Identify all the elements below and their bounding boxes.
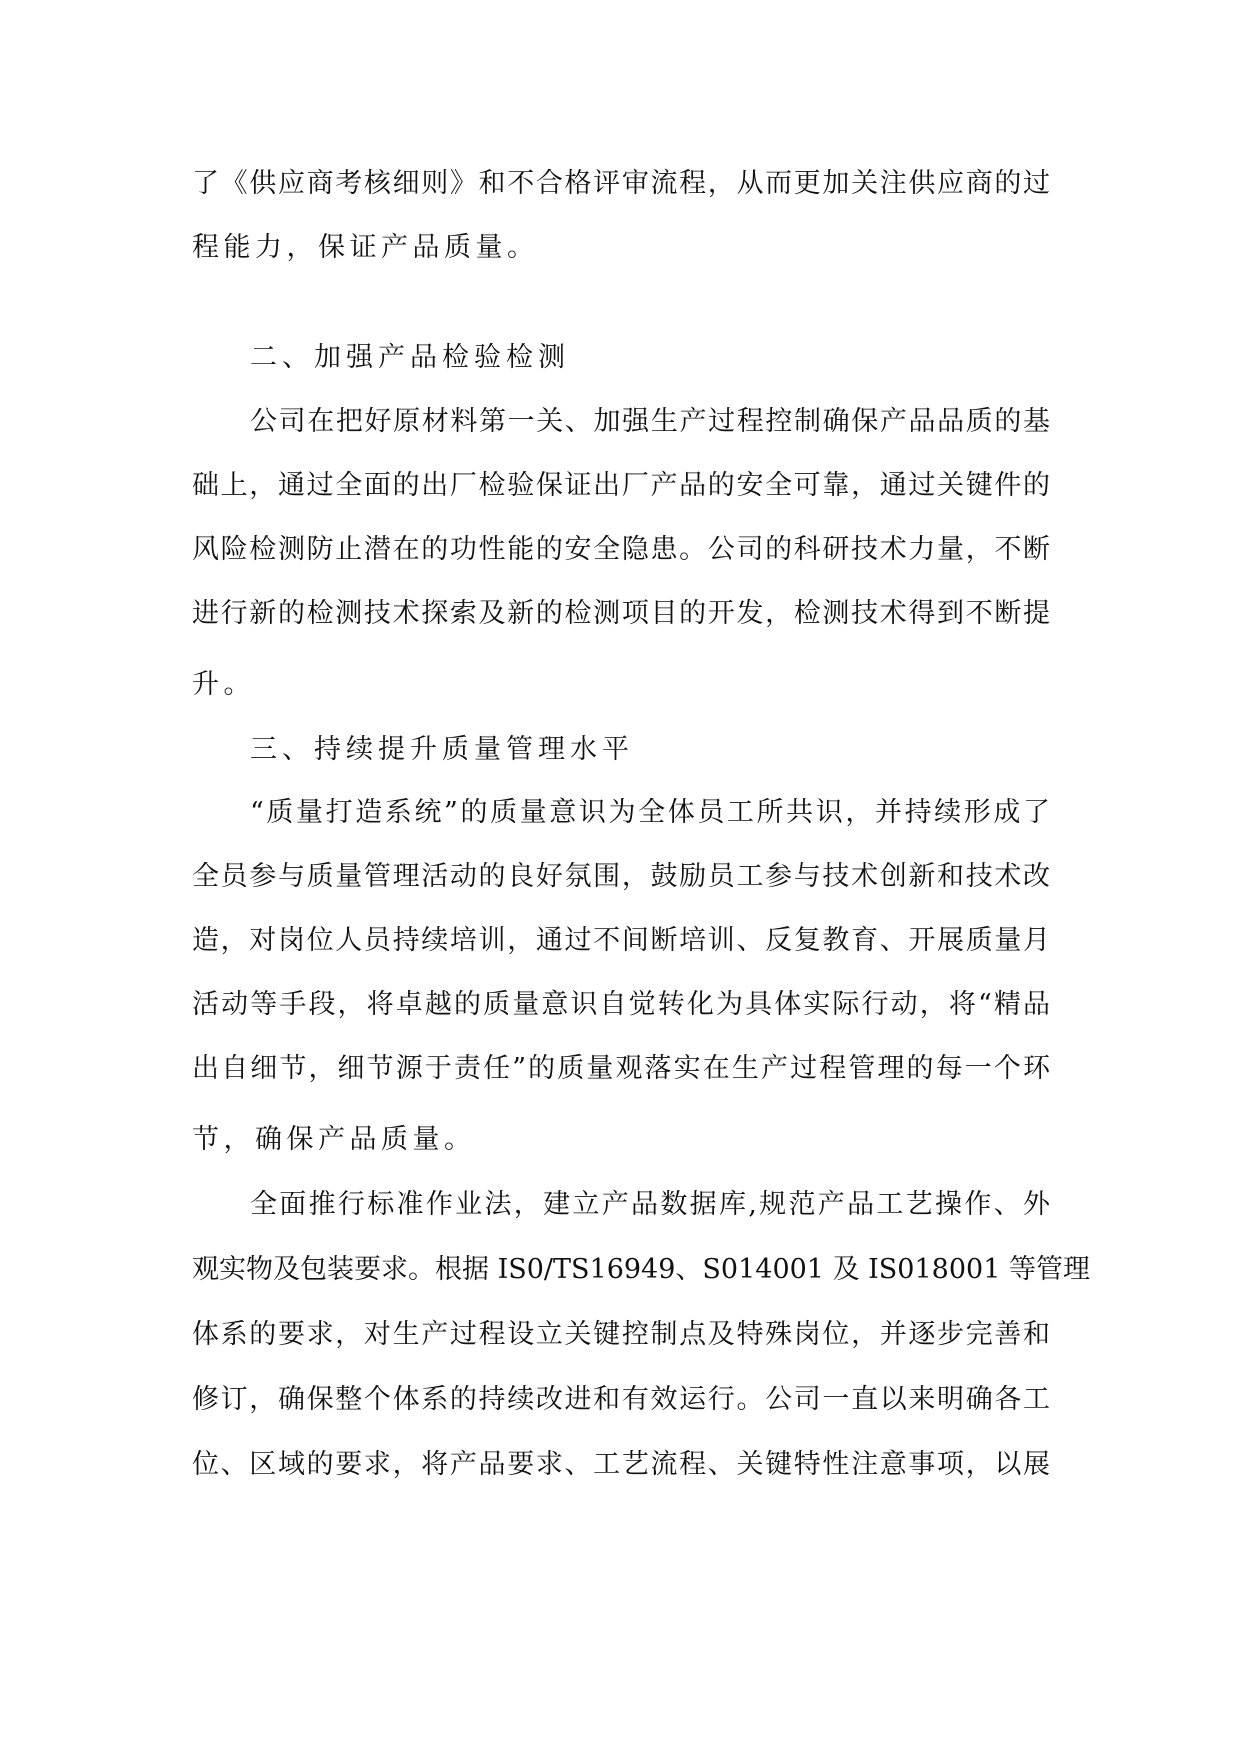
body-text-line: 观实物及包装要求。根据 IS0/TS16949、S014001 及 IS0180…: [192, 1250, 1050, 1290]
body-text-line: 造，对岗位人员持续培训，通过不间断培训、反复教育、开展质量月: [192, 921, 1050, 961]
body-text-line: 了《供应商考核细则》和不合格评审流程，从而更加关注供应商的过: [192, 164, 1050, 204]
body-text-line: 位、区域的要求，将产品要求、工艺流程、关键特性注意事项，以展: [192, 1445, 1050, 1485]
body-text-line: 升。: [192, 665, 1050, 705]
body-text-line: 全员参与质量管理活动的良好氛围，鼓励员工参与技术创新和技术改: [192, 857, 1050, 897]
body-text-line: 进行新的检测技术探索及新的检测项目的开发，检测技术得到不断提: [192, 594, 1050, 634]
body-text-line: 风险检测防止潜在的功性能的安全隐患。公司的科研技术力量，不断: [192, 530, 1050, 570]
body-text-line: 础上，通过全面的出厂检验保证出厂产品的安全可靠，通过关键件的: [192, 466, 1050, 506]
document-page: 了《供应商考核细则》和不合格评审流程，从而更加关注供应商的过 程能力，保证产品质…: [0, 0, 1240, 1753]
body-text-line: 程能力，保证产品质量。: [192, 228, 1050, 268]
body-text-line: 公司在把好原材料第一关、加强生产过程控制确保产品品质的基: [250, 402, 1050, 442]
section-heading-2: 二、加强产品检验检测: [250, 338, 570, 378]
body-text-line: 修订，确保整个体系的持续改进和有效运行。公司一直以来明确各工: [192, 1380, 1050, 1420]
body-text-line: 体系的要求，对生产过程设立关键控制点及特殊岗位，并逐步完善和: [192, 1315, 1050, 1355]
body-text-line: “质量打造系统”的质量意识为全体员工所共识，并持续形成了: [250, 793, 1050, 833]
section-heading-3: 三、持续提升质量管理水平: [250, 730, 634, 770]
body-text-line: 出自细节，细节源于责任”的质量观落实在生产过程管理的每一个环: [192, 1049, 1050, 1089]
body-text-line: 节，确保产品质量。: [192, 1120, 1050, 1160]
body-text-line: 全面推行标准作业法，建立产品数据库,规范产品工艺操作、外: [250, 1185, 1050, 1225]
body-text-line: 活动等手段，将卓越的质量意识自觉转化为具体实际行动，将“精品: [192, 985, 1050, 1025]
